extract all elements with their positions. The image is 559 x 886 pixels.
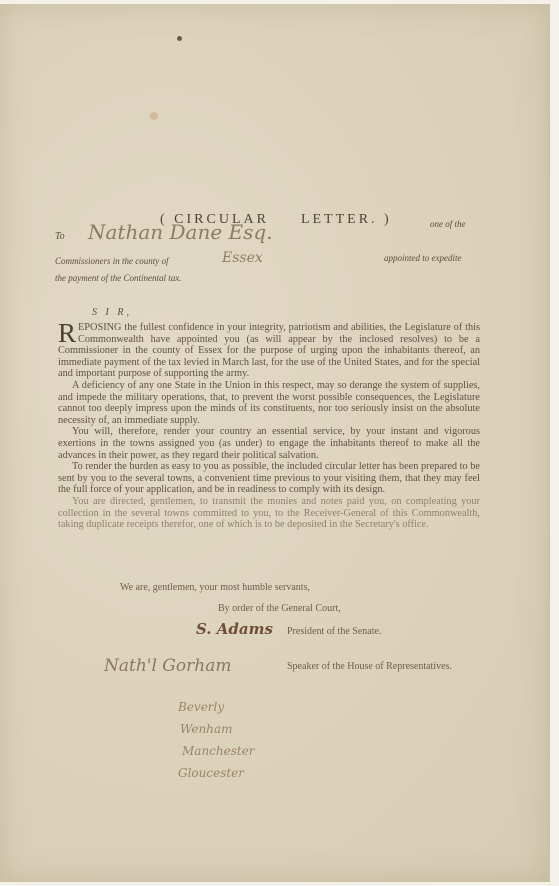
- senate-president-title: President of the Senate.: [287, 626, 381, 637]
- town-item: Manchester: [182, 740, 255, 762]
- town-item: Gloucester: [178, 762, 255, 784]
- appointed-label: appointed to expedite: [384, 253, 461, 263]
- payment-line: the payment of the Continental tax.: [55, 273, 181, 283]
- paragraph: REPOSING the fullest confidence in your …: [58, 322, 480, 380]
- signature-house-speaker: Nath'l Gorham: [104, 656, 231, 676]
- house-speaker-title: Speaker of the House of Representatives.: [287, 661, 452, 672]
- paragraph: You will, therefore, render your country…: [58, 426, 480, 461]
- salutation: S I R,: [92, 307, 132, 318]
- county-handwritten: Essex: [222, 250, 263, 266]
- assigned-towns-list: Beverly Wenham Manchester Gloucester: [178, 696, 255, 784]
- paragraph: A deficiency of any one State in the Uni…: [58, 380, 480, 426]
- commissioners-line: Commissioners in the county of: [55, 256, 169, 266]
- stain-spot: [150, 112, 158, 120]
- paragraph: You are directed, gentlemen, to transmit…: [58, 496, 480, 531]
- signature-senate-president: S. Adams: [196, 620, 273, 638]
- to-label: To: [55, 231, 65, 242]
- town-item: Beverly: [178, 696, 255, 718]
- letter-body: REPOSING the fullest confidence in your …: [58, 322, 480, 531]
- title-right: LETTER. ): [301, 212, 392, 227]
- town-item: Wenham: [180, 718, 255, 740]
- closing-line: We are, gentlemen, your most humble serv…: [120, 582, 310, 593]
- addressee-handwritten: Nathan Dane Esq.: [88, 220, 273, 244]
- one-of-label: one of the: [430, 219, 466, 229]
- paragraph-text: EPOSING the fullest confidence in your i…: [58, 322, 480, 379]
- paragraph: To render the burden as easy to you as p…: [58, 461, 480, 496]
- document-page: ( CIRCULARLETTER. ) To Nathan Dane Esq. …: [0, 4, 550, 882]
- ink-spot: [177, 36, 182, 41]
- drop-cap: R: [58, 322, 76, 344]
- by-order-line: By order of the General Court,: [218, 603, 341, 614]
